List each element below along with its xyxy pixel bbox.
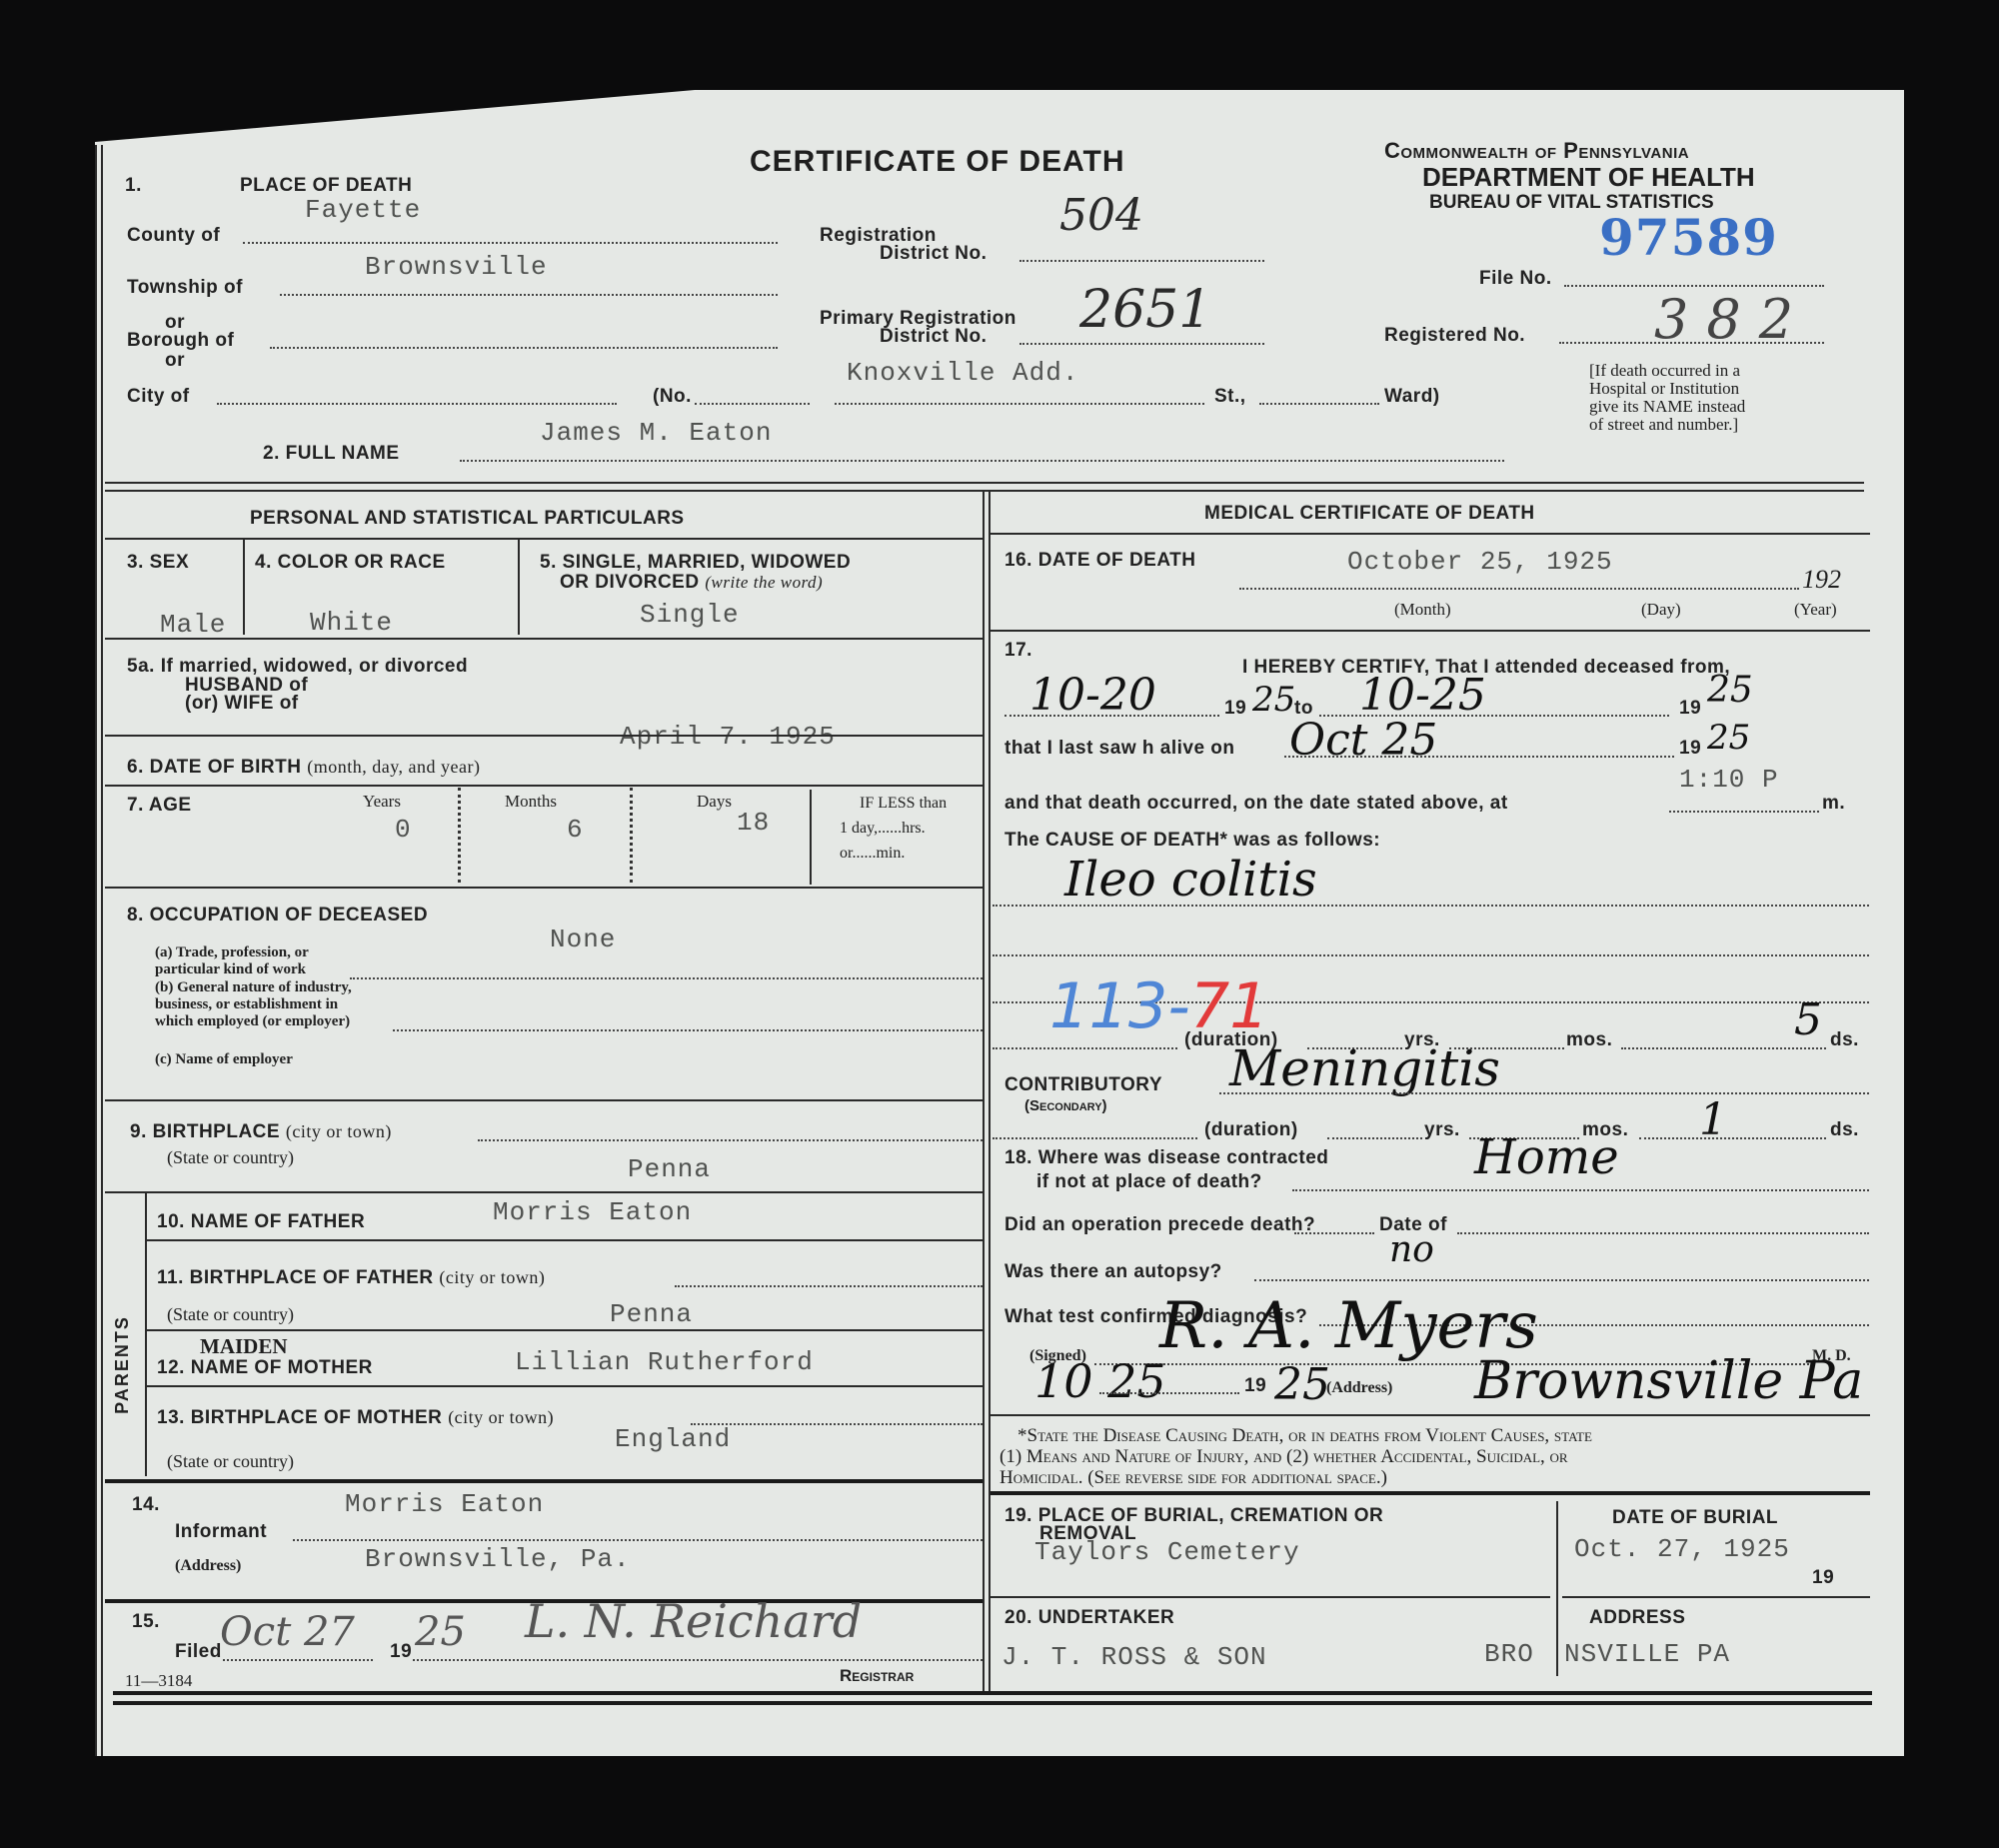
street-suffix-label: St.,	[1214, 386, 1246, 408]
year-prefix: 19	[1679, 698, 1701, 720]
occupation-b-label: (b) General nature of industry, business…	[155, 979, 352, 1030]
medical-heading: MEDICAL CERTIFICATE OF DEATH	[1204, 503, 1535, 525]
year-prefix: 192	[1802, 565, 1841, 595]
cell-divider	[518, 540, 520, 635]
age-days-value: 18	[737, 808, 770, 838]
section-1-number: 1.	[125, 175, 142, 197]
rule	[105, 638, 983, 640]
label-line: (a) Trade, profession, or	[155, 944, 309, 961]
rule	[105, 887, 983, 889]
sex-value: Male	[160, 610, 226, 640]
birthplace-line	[478, 1139, 983, 1141]
date-of-death-label: 16. DATE OF DEATH	[1004, 550, 1195, 572]
certificate-title: CERTIFICATE OF DEATH	[750, 145, 1125, 179]
file-number-line	[1564, 285, 1824, 287]
label-text: 13. BIRTHPLACE OF MOTHER	[157, 1407, 442, 1428]
ward-label: Ward)	[1384, 386, 1440, 408]
city-line	[217, 403, 617, 405]
footnote-line: *State the Disease Causing Death, or in …	[999, 1425, 1869, 1446]
marital-hint: (write the word)	[705, 573, 823, 592]
undertaker-address-value-left: BRO	[1484, 1639, 1534, 1669]
footnote-line: Homicidal. (See reverse side for additio…	[999, 1467, 1869, 1488]
occupation-b-line	[393, 1029, 983, 1031]
mother-birthplace-state-label: (State or country)	[167, 1451, 294, 1472]
month-label: (Month)	[1394, 600, 1451, 620]
section-17-number: 17.	[1004, 640, 1032, 662]
burial-date-value: Oct. 27, 1925	[1574, 1534, 1790, 1564]
bottom-rule	[113, 1701, 1872, 1705]
year-label: (Year)	[1794, 600, 1837, 620]
duration-label: (duration)	[1204, 1119, 1298, 1141]
birthplace-label-text: 9. BIRTHPLACE	[130, 1121, 280, 1142]
undertaker-label: 20. UNDERTAKER	[1004, 1607, 1174, 1629]
label-hint: (city or town)	[439, 1267, 545, 1287]
cell-divider	[810, 790, 812, 885]
burial-year-prefix: 19	[1812, 1567, 1834, 1589]
column-divider-inner	[989, 492, 991, 1691]
race-value: White	[310, 608, 393, 638]
thick-rule	[991, 1491, 1870, 1495]
filed-date-line	[223, 1659, 373, 1661]
cause-line	[993, 954, 1869, 956]
label-line: particular kind of work	[155, 961, 309, 978]
rule	[147, 1385, 983, 1387]
county-value: Fayette	[305, 195, 421, 225]
undertaker-address-value-right: NSVILLE PA	[1564, 1639, 1730, 1669]
disease-contracted-label-2: if not at place of death?	[1036, 1171, 1262, 1193]
rule	[105, 785, 983, 787]
rule	[105, 1099, 983, 1101]
label-text: 11. BIRTHPLACE OF FATHER	[157, 1267, 434, 1288]
age-months-value: 6	[567, 815, 584, 845]
secondary-label: (Secondary)	[1024, 1097, 1107, 1114]
primary-district-value: 2651	[1079, 280, 1211, 340]
registrar-label: Registrar	[840, 1666, 914, 1686]
age-divider	[630, 788, 633, 883]
sex-label: 3. SEX	[127, 552, 189, 574]
file-number-stamp: 97589	[1599, 208, 1778, 267]
father-name-label: 10. NAME OF FATHER	[157, 1211, 365, 1233]
years-label: yrs.	[1424, 1119, 1460, 1141]
form-number: 11—3184	[125, 1671, 192, 1691]
duration-line	[993, 1047, 1177, 1049]
rule	[105, 735, 983, 737]
year-prefix: 19	[1244, 1375, 1266, 1397]
autopsy-label: Was there an autopsy?	[1004, 1261, 1222, 1283]
death-time-label: and that death occurred, on the date sta…	[1004, 793, 1508, 815]
days-label: ds.	[1830, 1029, 1859, 1051]
hospital-note-line: Hospital or Institution	[1589, 380, 1824, 398]
father-birthplace-line	[675, 1285, 983, 1287]
mother-name-label: 12. NAME OF MOTHER	[157, 1357, 373, 1379]
burial-place-value: Taylors Cemetery	[1034, 1537, 1300, 1567]
age-years-label: Years	[363, 792, 401, 812]
age-years-value: 0	[395, 815, 412, 845]
informant-value: Morris Eaton	[345, 1489, 544, 1519]
less-than-hours: 1 day,......hrs.	[840, 820, 926, 838]
number-line	[695, 403, 810, 405]
attended-from-year: 25	[1252, 680, 1295, 720]
label-hint: (city or town)	[448, 1407, 554, 1427]
death-time-suffix: m.	[1822, 793, 1845, 815]
rule	[105, 1191, 983, 1193]
mother-name-value: Lillian Rutherford	[515, 1347, 814, 1377]
cause-of-death-value: Ileo colitis	[1064, 852, 1317, 908]
less-than-label: IF LESS than	[860, 795, 947, 813]
occupation-value: None	[550, 924, 616, 954]
registrar-line	[413, 1659, 983, 1661]
cell-divider	[243, 540, 245, 635]
township-line	[280, 294, 778, 296]
township-label: Township of	[127, 277, 243, 299]
header-rule	[105, 490, 1864, 492]
bottom-rule	[113, 1691, 1872, 1695]
registered-number-label: Registered No.	[1384, 325, 1525, 347]
burial-divider	[1556, 1501, 1558, 1676]
maiden-label: MAIDEN	[200, 1334, 288, 1359]
disease-contracted-value: Home	[1474, 1129, 1619, 1185]
informant-address-value: Brownsville, Pa.	[365, 1544, 631, 1574]
rule	[991, 533, 1870, 535]
footnote-line: (1) Means and Nature of Injury, and (2) …	[999, 1446, 1869, 1467]
hospital-note-line: of street and number.]	[1589, 416, 1824, 434]
registration-line	[1019, 260, 1264, 262]
mother-birthplace-label: 13. BIRTHPLACE OF MOTHER (city or town)	[157, 1407, 554, 1429]
date-of-birth-value: April 7. 1925	[620, 722, 836, 752]
cause-duration-days: 5	[1794, 994, 1822, 1045]
signed-date-line	[1099, 1392, 1239, 1394]
rule	[991, 630, 1870, 632]
year-prefix: 19	[1224, 698, 1246, 720]
year-prefix: 19	[1679, 738, 1701, 760]
cause-line	[993, 905, 1869, 907]
attended-from-line	[1004, 715, 1219, 717]
left-border	[95, 145, 97, 1756]
mother-birthplace-line	[691, 1423, 983, 1425]
registrar-signature: L. N. Reichard	[525, 1594, 862, 1648]
section-14-number: 14.	[132, 1494, 160, 1516]
operation-date-line	[1457, 1232, 1869, 1234]
certify-text: I HEREBY CERTIFY, That I attended deceas…	[1242, 657, 1730, 679]
street-line	[835, 403, 1204, 405]
number-label: (No.	[653, 386, 692, 408]
rule	[105, 538, 983, 540]
marital-label-2: OR DIVORCED (write the word)	[560, 572, 823, 594]
primary-district-line	[1019, 343, 1264, 345]
occupation-a-line	[350, 977, 983, 979]
column-divider	[983, 492, 985, 1691]
township-value: Brownsville	[365, 252, 548, 282]
filed-year-value: 25	[415, 1609, 466, 1655]
occupation-label: 8. OCCUPATION OF DECEASED	[127, 905, 428, 926]
age-months-label: Months	[505, 792, 557, 812]
date-of-death-line	[1239, 588, 1799, 590]
or-label: or	[165, 350, 185, 372]
undertaker-value: J. T. ROSS & SON	[1001, 1642, 1267, 1672]
borough-label: Borough of	[127, 330, 234, 352]
dob-hint: (month, day, and year)	[307, 757, 480, 777]
attended-from-value: 10-20	[1029, 670, 1156, 721]
hospital-note: [If death occurred in a Hospital or Inst…	[1589, 362, 1824, 434]
left-border-inner	[101, 145, 103, 1756]
marital-value: Single	[640, 600, 740, 630]
birthplace-state-label: (State or country)	[167, 1147, 294, 1168]
age-divider	[458, 788, 461, 883]
undertaker-address-label: ADDRESS	[1589, 1607, 1685, 1629]
city-label: City of	[127, 386, 190, 408]
burial-date-label: DATE OF BURIAL	[1612, 1507, 1778, 1529]
attended-to-value: 10-25	[1359, 670, 1486, 721]
authority-line-1: Commonwealth of Pennsylvania	[1384, 138, 1689, 164]
borough-line	[270, 347, 778, 349]
registered-number-value: 382	[1654, 288, 1811, 351]
occupation-a-label: (a) Trade, profession, or particular kin…	[155, 944, 309, 978]
full-name-label: 2. FULL NAME	[263, 443, 400, 465]
place-of-death-heading: PLACE OF DEATH	[240, 175, 412, 197]
label-line: business, or establishment in	[155, 996, 352, 1013]
full-name-value: James M. Eaton	[540, 418, 772, 448]
date-of-death-value: October 25, 1925	[1347, 547, 1613, 577]
file-number-label: File No.	[1479, 268, 1552, 290]
dob-label-text: 6. DATE OF BIRTH	[127, 757, 301, 778]
ward-line	[1259, 403, 1379, 405]
parents-label: PARENTS	[112, 1315, 133, 1414]
cause-code-blue: 113-	[1049, 969, 1190, 1042]
operation-line	[1294, 1232, 1374, 1234]
mother-birthplace-value: England	[615, 1424, 731, 1454]
last-saw-label: that I last saw h alive on	[1004, 738, 1235, 760]
marital-label-text: OR DIVORCED	[560, 572, 700, 593]
filed-year-prefix: 19	[390, 1641, 412, 1663]
contributory-line	[1219, 1092, 1869, 1094]
father-birthplace-state-label: (State or country)	[167, 1304, 294, 1325]
rule	[147, 1239, 983, 1241]
signed-year-value: 25	[1274, 1359, 1330, 1410]
primary-district-label: District No.	[880, 326, 987, 348]
last-saw-value: Oct 25	[1289, 715, 1437, 766]
registration-district-label: District No.	[880, 243, 987, 265]
marital-label: 5. SINGLE, MARRIED, WIDOWED	[540, 552, 851, 574]
filed-label: Filed	[175, 1641, 222, 1663]
rule	[991, 1596, 1550, 1598]
day-label: (Day)	[1641, 600, 1681, 620]
signed-date-value: 10 25	[1034, 1354, 1166, 1408]
days-label: ds.	[1830, 1119, 1859, 1141]
birthplace-label: 9. BIRTHPLACE (city or town)	[130, 1121, 392, 1143]
county-line	[243, 242, 778, 244]
disease-contracted-label: 18. Where was disease contracted	[1004, 1147, 1328, 1169]
informant-line	[293, 1539, 983, 1541]
date-of-birth-label: 6. DATE OF BIRTH (month, day, and year)	[127, 757, 481, 779]
last-saw-line	[1284, 756, 1674, 758]
section-15-number: 15.	[132, 1611, 160, 1633]
rule	[1562, 1596, 1870, 1598]
contributory-value: Meningitis	[1229, 1039, 1500, 1097]
father-birthplace-value: Penna	[610, 1299, 693, 1329]
label-line: which employed (or employer)	[155, 1013, 352, 1030]
header-rule	[105, 482, 1864, 484]
age-days-label: Days	[697, 792, 732, 812]
duration-line	[1639, 1137, 1826, 1139]
personal-heading: PERSONAL AND STATISTICAL PARTICULARS	[250, 508, 685, 530]
footnote: *State the Disease Causing Death, or in …	[999, 1425, 1869, 1488]
father-birthplace-label: 11. BIRTHPLACE OF FATHER (city or town)	[157, 1267, 545, 1289]
months-label: mos.	[1566, 1029, 1612, 1051]
duration-line	[1621, 1047, 1826, 1049]
age-label: 7. AGE	[127, 795, 192, 817]
informant-address-label: (Address)	[175, 1557, 241, 1575]
father-name-value: Morris Eaton	[493, 1197, 692, 1227]
attended-to-year: 25	[1707, 670, 1753, 711]
contributory-duration-days: 1	[1699, 1094, 1727, 1145]
wife-label: (or) WIFE of	[185, 693, 299, 715]
birthplace-hint: (city or town)	[286, 1121, 392, 1141]
county-label: County of	[127, 225, 220, 247]
death-certificate: 1. PLACE OF DEATH CERTIFICATE OF DEATH C…	[95, 90, 1904, 1756]
registration-district-value: 504	[1059, 190, 1143, 241]
physician-address-value: Brownsville Pa	[1474, 1351, 1863, 1411]
birthplace-value: Penna	[628, 1154, 711, 1184]
duration-line	[1327, 1137, 1422, 1139]
death-time-line	[1669, 811, 1819, 813]
occupation-c-label: (c) Name of employer	[155, 1051, 293, 1068]
cause-of-death-label: The CAUSE OF DEATH* was as follows:	[1004, 830, 1380, 852]
hospital-note-line: give its NAME instead	[1589, 398, 1824, 416]
less-than-minutes: or......min.	[840, 845, 905, 863]
duration-line	[993, 1137, 1197, 1139]
physician-address-label: (Address)	[1326, 1379, 1392, 1397]
street-value: Knoxville Add.	[847, 358, 1078, 388]
rule	[147, 1329, 983, 1331]
authority-line-2: DEPARTMENT OF HEALTH	[1422, 162, 1755, 193]
informant-label: Informant	[175, 1521, 267, 1543]
label-line: (b) General nature of industry,	[155, 979, 352, 996]
race-label: 4. COLOR OR RACE	[255, 552, 446, 574]
thick-rule	[105, 1479, 983, 1483]
death-time-value: 1:10 P	[1679, 765, 1779, 795]
last-saw-year: 25	[1707, 718, 1750, 758]
hospital-note-line: [If death occurred in a	[1589, 362, 1824, 380]
operation-label: Did an operation precede death?	[1004, 1214, 1315, 1236]
contributory-label: CONTRIBUTORY	[1004, 1074, 1162, 1096]
operation-value: no	[1389, 1229, 1434, 1270]
full-name-line	[460, 460, 1504, 462]
parents-divider	[145, 1193, 147, 1476]
filed-date-value: Oct 27	[220, 1609, 355, 1655]
rule	[991, 1414, 1870, 1416]
disease-contracted-line	[1292, 1189, 1869, 1191]
autopsy-line	[1254, 1279, 1869, 1281]
